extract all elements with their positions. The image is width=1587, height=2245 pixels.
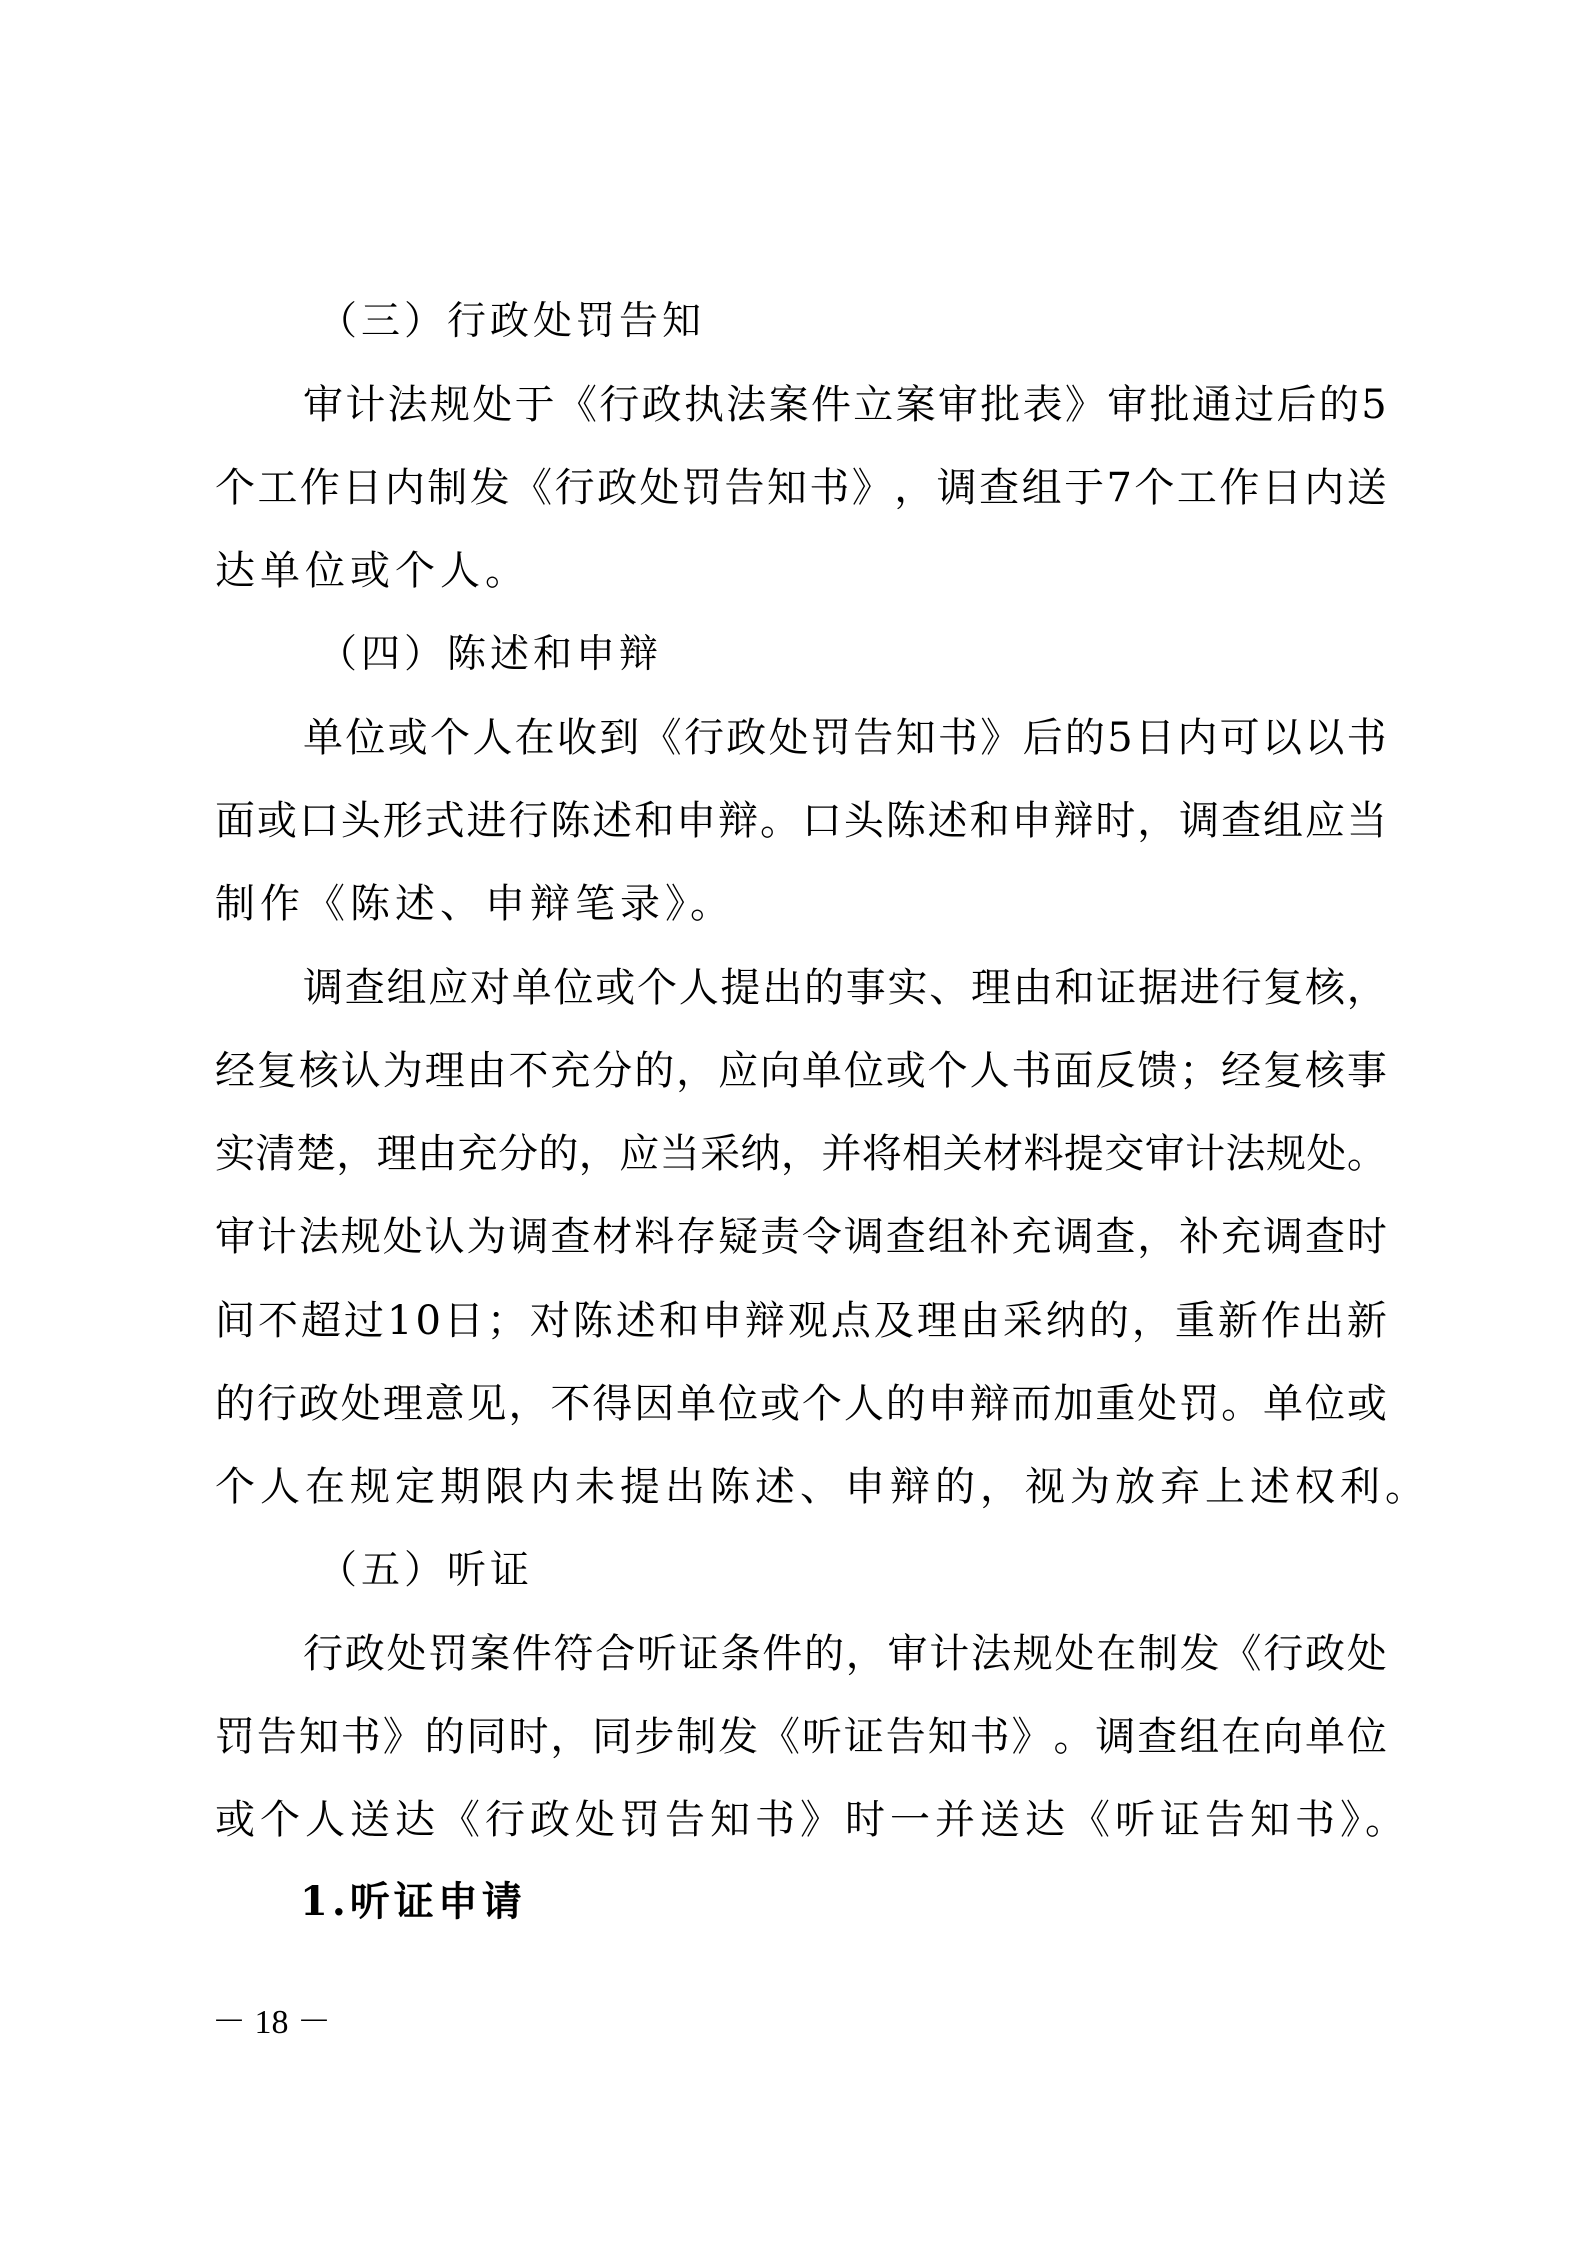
paragraph-line: 或个人送达《行政处罚告知书》时一并送达《听证告知书》。 — [215, 1795, 1387, 1845]
paragraph-line: 罚告知书》的同时，同步制发《听证告知书》。调查组在向单位 — [215, 1712, 1387, 1762]
paragraph-line: 单位或个人在收到《行政处罚告知书》后的5日内可以以书 — [303, 713, 1387, 763]
paragraph-line: 个工作日内制发《行政处罚告知书》，调查组于7个工作日内送 — [215, 463, 1387, 513]
paragraph-line: 的行政处理意见，不得因单位或个人的申辩而加重处罚。单位或 — [215, 1379, 1387, 1429]
document-page: （三）行政处罚告知 审计法规处于《行政执法案件立案审批表》审批通过后的5 个工作… — [0, 0, 1587, 2245]
section-heading-5: （五）听证 — [318, 1546, 533, 1596]
paragraph-line: 审计法规处于《行政执法案件立案审批表》审批通过后的5 — [303, 380, 1387, 430]
paragraph-line: 间不超过10日；对陈述和申辩观点及理由采纳的，重新作出新 — [215, 1296, 1387, 1346]
paragraph-line: 达单位或个人。 — [215, 546, 1387, 596]
section-heading-3: （三）行政处罚告知 — [318, 297, 705, 347]
paragraph-line: 调查组应对单位或个人提出的事实、理由和证据进行复核， — [303, 963, 1387, 1013]
paragraph-line: 个人在规定期限内未提出陈述、申辩的，视为放弃上述权利。 — [215, 1462, 1387, 1512]
subheading-hearing-application: 1.听证申请 — [300, 1877, 526, 1927]
paragraph-line: 制作《陈述、申辩笔录》。 — [215, 879, 1387, 929]
section-heading-4: （四）陈述和申辩 — [318, 630, 662, 680]
paragraph-line: 行政处罚案件符合听证条件的，审计法规处在制发《行政处 — [303, 1629, 1387, 1679]
paragraph-line: 审计法规处认为调查材料存疑责令调查组补充调查，补充调查时 — [215, 1212, 1387, 1262]
paragraph-line: 面或口头形式进行陈述和申辩。口头陈述和申辩时，调查组应当 — [215, 796, 1387, 846]
page-number: － 18 － — [212, 2000, 331, 2046]
paragraph-line: 实清楚，理由充分的，应当采纳，并将相关材料提交审计法规处。 — [215, 1129, 1387, 1179]
paragraph-line: 经复核认为理由不充分的，应向单位或个人书面反馈；经复核事 — [215, 1046, 1387, 1096]
